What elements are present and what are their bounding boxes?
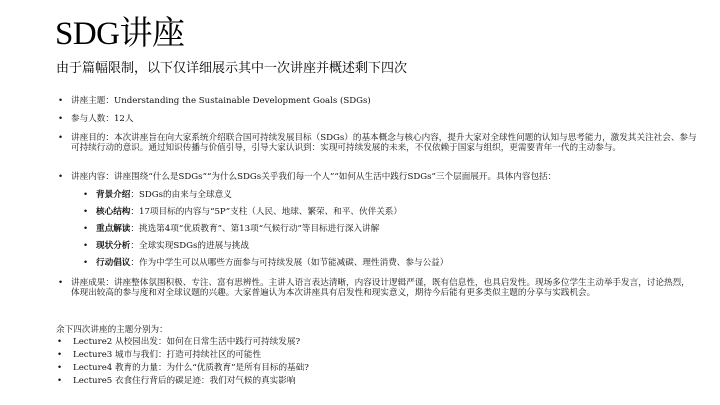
sub-item-text: ：SDGs的由来与全球意义 [130,190,231,200]
lecture-item: • Lecture2 从校园出发：如何在日常生活中践行可持续发展? [57,337,657,347]
lecture-text: Lecture3 城市与我们：打造可持续社区的可能性 [73,350,657,360]
sub-item-text: ：挑选第4项“优质教育”、第13项“气候行动”等目标进行深入讲解 [130,224,379,234]
purpose-text: 讲座目的：本次讲座旨在向大家系统介绍联合国可持续发展目标（SDGs）的基本概念与… [71,133,698,154]
list-item-topic: • 讲座主题：Understanding the Sustainable Dev… [58,96,698,106]
bullet-icon: • [58,114,63,124]
lecture-item: • Lecture5 衣食住行背后的碳足迹：我们对气候的真实影响 [57,376,657,386]
sub-item-text: ：作为中学生可以从哪些方面参与可持续发展（如节能减碳、理性消费、参与公益） [130,258,448,268]
bullet-icon: • [83,258,88,268]
lecture-text: Lecture4 教育的力量：为什么“优质教育”是所有目标的基础? [73,363,657,373]
sub-item-status: • 现状分析：全球实现SDGs的进展与挑战 [83,241,683,251]
list-item-results: • 讲座成果：讲座整体氛围积极、专注、富有思辨性。主讲人语言表达清晰，内容设计逻… [58,278,698,299]
bullet-icon: • [57,376,62,386]
bullet-icon: • [58,172,63,182]
sub-item-label: 背景介绍 [96,190,130,200]
bullet-icon: • [57,350,62,360]
bullet-icon: • [57,363,62,373]
lecture-item: • Lecture3 城市与我们：打造可持续社区的可能性 [57,350,657,360]
sub-item-structure: • 核心结构：17项目标的内容与“5P”支柱（人民、地球、繁荣、和平、伙伴关系） [83,207,683,217]
sub-item-label: 现状分析 [96,241,130,251]
content-text: 讲座内容：讲座围绕“什么是SDGs”“为什么SDGs关乎我们每一个人”“如何从生… [71,172,698,182]
lecture-text: Lecture5 衣食住行背后的碳足迹：我们对气候的真实影响 [73,376,657,386]
sub-item-text: ：全球实现SDGs的进展与挑战 [130,241,249,251]
lecture-text: Lecture2 从校园出发：如何在日常生活中践行可持续发展? [73,337,657,347]
sub-item-key-interpretation: • 重点解读：挑选第4项“优质教育”、第13项“气候行动”等目标进行深入讲解 [83,224,683,234]
sub-item-label: 核心结构 [96,207,130,217]
list-item-purpose: • 讲座目的：本次讲座旨在向大家系统介绍联合国可持续发展目标（SDGs）的基本概… [58,133,698,154]
remaining-lectures-title: 余下四次讲座的主题分别为： [56,325,168,335]
topic-text: 讲座主题：Understanding the Sustainable Devel… [71,96,698,106]
bullet-icon: • [58,133,63,143]
sub-item-background: • 背景介绍：SDGs的由来与全球意义 [83,190,683,200]
bullet-icon: • [83,224,88,234]
page-title: SDG讲座 [55,14,185,54]
participants-text: 参与人数：12人 [71,114,698,124]
sub-item-action: • 行动倡议：作为中学生可以从哪些方面参与可持续发展（如节能减碳、理性消费、参与… [83,258,683,268]
sub-item-text: ：17项目标的内容与“5P”支柱（人民、地球、繁荣、和平、伙伴关系） [130,207,402,217]
bullet-icon: • [57,337,62,347]
bullet-icon: • [58,96,63,106]
results-text: 讲座成果：讲座整体氛围积极、专注、富有思辨性。主讲人语言表达清晰，内容设计逻辑严… [71,278,698,299]
sub-item-label: 重点解读 [96,224,130,234]
bullet-icon: • [83,241,88,251]
sub-item-label: 行动倡议 [96,258,130,268]
bullet-icon: • [83,190,88,200]
page-subtitle: 由于篇幅限制，以下仅详细展示其中一次讲座并概述剩下四次 [56,60,407,78]
list-item-content: • 讲座内容：讲座围绕“什么是SDGs”“为什么SDGs关乎我们每一个人”“如何… [58,172,698,182]
bullet-icon: • [58,278,63,288]
lecture-item: • Lecture4 教育的力量：为什么“优质教育”是所有目标的基础? [57,363,657,373]
bullet-icon: • [83,207,88,217]
list-item-participants: • 参与人数：12人 [58,114,698,124]
